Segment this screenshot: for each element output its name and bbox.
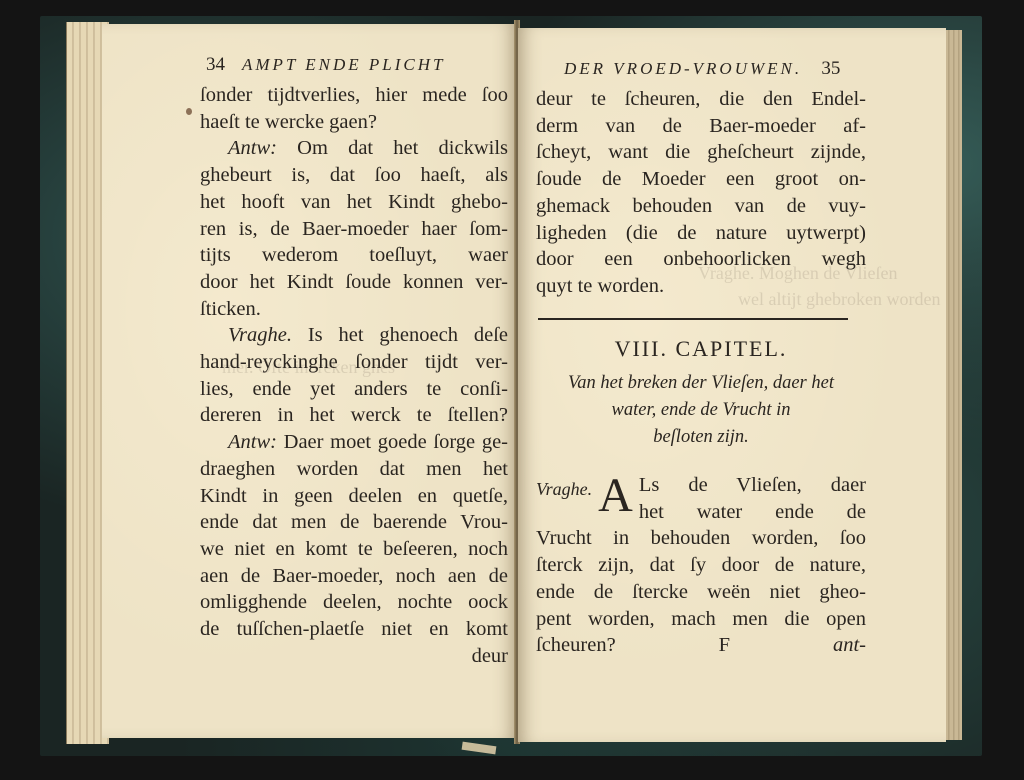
text-line: ende de ſtercke weën niet gheo- (536, 579, 866, 606)
text-line: we niet en komt te beſeeren, noch (200, 536, 508, 563)
catchword: deur (200, 643, 508, 670)
text-line: ren is, de Baer-moeder haer ſom- (200, 216, 508, 243)
text-line: ligheden (die de nature uytwerpt) (536, 220, 866, 247)
left-page-body: ſonder tijdtverlies, hier mede ſoo haeſt… (200, 82, 508, 669)
text-line: lies, ende yet anders te conſi- (200, 376, 508, 403)
text-line: Antw: Daer moet goede ſorge ge- (200, 429, 508, 456)
text-line: ſonder tijdtverlies, hier mede ſoo (200, 82, 508, 109)
last-line-with-signature: ſcheuren? F ant- (536, 632, 866, 659)
right-page-body: deur te ſcheuren, die den Endel- derm va… (536, 86, 866, 300)
chapter-body: Vraghe. A Ls de Vlieſen, daer het water … (536, 472, 866, 659)
question-label: Vraghe. (228, 324, 292, 346)
text-line: ende dat men de baerende Vrou- (200, 509, 508, 536)
text-line: ghebeurt is, dat ſoo haeſt, als (200, 162, 508, 189)
text-line: Kindt in geen deelen en quetſe, (200, 483, 508, 510)
answer-label: Antw: (228, 431, 277, 453)
text-line: ſterck zijn, dat ſy door de nature, (536, 552, 866, 579)
text-line: ſcheyt, want die gheſcheurt zijnde, (536, 139, 866, 166)
running-head-left: 34 AMPT ENDE PLICHT (206, 54, 446, 76)
right-page: Vraghe. Moghen de Vlieſen wel altijt ghe… (518, 28, 946, 742)
text-line: pent worden, mach men die open (536, 606, 866, 633)
page-number-left: 34 (206, 54, 225, 75)
chapter-divider-rule (538, 318, 848, 320)
text-line: tijts wederom toeſluyt, waer (200, 242, 508, 269)
text-line: ſticken. (200, 296, 508, 323)
text-line: Vrucht in behouden worden, ſoo (536, 525, 866, 552)
text-line: dereren in het werck te ſtellen? (200, 402, 508, 429)
running-head-text: DER VROED-VROUWEN. (564, 59, 802, 78)
text-line: omligghende deelen, nochte oock (200, 589, 508, 616)
text-line: Vraghe. Is het ghenoech deſe (200, 322, 508, 349)
text-line: draeghen worden dat men het (200, 456, 508, 483)
text-line: haeſt te wercke gaen? (200, 109, 508, 136)
foxing-spot (186, 108, 192, 115)
text-line: het hooft van het Kindt ghebo- (200, 189, 508, 216)
question-label: Vraghe. (536, 476, 592, 503)
text-line: quyt te worden. (536, 273, 866, 300)
text-line: het water ende de (536, 499, 866, 526)
text-line: door een onbehoorlicken wegh (536, 246, 866, 273)
drop-cap: A (598, 476, 633, 516)
left-page: mer. Ofte inbreken ghes 34 AMPT ENDE PLI… (102, 24, 516, 738)
signature-mark: F (719, 632, 730, 659)
chapter-title: VIII. CAPITEL. (536, 336, 866, 362)
answer-label: Antw: (228, 137, 277, 159)
text-line: ſoude de Moeder een groot on- (536, 166, 866, 193)
running-head-right: DER VROED-VROUWEN. 35 (564, 58, 840, 80)
text-line: door het Kindt ſoude konnen ver- (200, 269, 508, 296)
text-line: aen de Baer-moeder, noch aen de (200, 563, 508, 590)
text-line: hand-reyckinghe ſonder tijdt ver- (200, 349, 508, 376)
page-number-right: 35 (821, 58, 840, 79)
running-head-text: AMPT ENDE PLICHT (242, 55, 446, 74)
text-line: de tuſſchen-plaetſe niet en komt (200, 616, 508, 643)
text-line: derm van de Baer-moeder af- (536, 113, 866, 140)
text-line: deur te ſcheuren, die den Endel- (536, 86, 866, 113)
catchword: ant- (833, 632, 866, 659)
text-line: ghemack behouden van de vuy- (536, 193, 866, 220)
chapter-subtitle: Van het breken der Vlieſen, daer het wat… (536, 370, 866, 451)
text-line: Antw: Om dat het dickwils (200, 135, 508, 162)
text-line: ſcheuren? (536, 632, 616, 659)
